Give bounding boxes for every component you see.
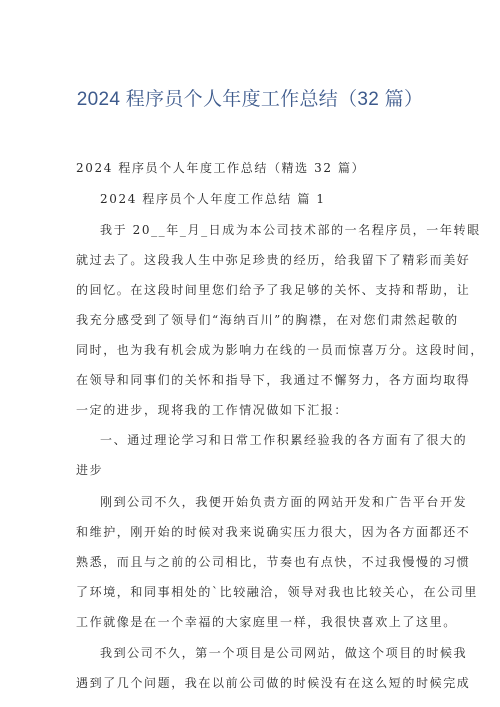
- paragraph-line: 我于 20__年_月_日成为本公司技术部的一名程序员，一年转眼: [100, 222, 481, 238]
- paragraph-line: 我充分感受到了领导们“海纳百川”的胸襟，在对您们肃然起敬的: [76, 312, 459, 328]
- paragraph-line: 在领导和同事们的关怀和指导下，我通过不懈努力，各方面均取得: [76, 372, 470, 388]
- paragraph-line: 遇到了几个问题，我在以前公司做的时候没有在这么短的时候完成: [76, 675, 470, 691]
- paragraph-line: 就过去了。这段我人生中弥足珍贵的经历，给我留下了精彩而美好: [76, 252, 470, 268]
- paragraph-line: 同时，也为我有机会成为影响力在线的一员而惊喜万分。这段时间，: [76, 342, 484, 358]
- list-heading-line: 一、通过理论学习和日常工作积累经验我的各方面有了很大的: [100, 432, 467, 448]
- paragraph-line: 的回忆。在这段时间里您们给予了我足够的关怀、支持和帮助，让: [76, 282, 470, 298]
- document-subtitle: 2024 程序员个人年度工作总结（精选 32 篇）: [76, 160, 365, 176]
- paragraph-line: 刚到公司不久，我便开始负责方面的网站开发和广告平台开发: [100, 494, 467, 510]
- paragraph-line: 一定的进步，现将我的工作情况做如下汇报：: [76, 402, 348, 418]
- paragraph-line: 了环境，和同事相处的`比较融洽，领导对我也比较关心，在公司里: [76, 584, 478, 600]
- document-title: 2024 程序员个人年度工作总结（32 篇）: [0, 84, 500, 111]
- paragraph-line: 工作就像是在一个幸福的大家庭里一样，我很快喜欢上了这里。: [76, 614, 457, 630]
- section-heading: 2024 程序员个人年度工作总结 篇 1: [100, 191, 326, 207]
- list-heading-line: 进步: [76, 462, 103, 478]
- paragraph-line: 熟悉，而且与之前的公司相比，节奏也有点快，不过我慢慢的习惯: [76, 554, 470, 570]
- paragraph-line: 我到公司不久，第一个项目是公司网站，做这个项目的时候我: [100, 645, 467, 661]
- document-page: 2024 程序员个人年度工作总结（32 篇） 2024 程序员个人年度工作总结（…: [0, 0, 500, 707]
- paragraph-line: 和维护，刚开始的时候对我来说确实压力很大，因为各方面都还不: [76, 524, 470, 540]
